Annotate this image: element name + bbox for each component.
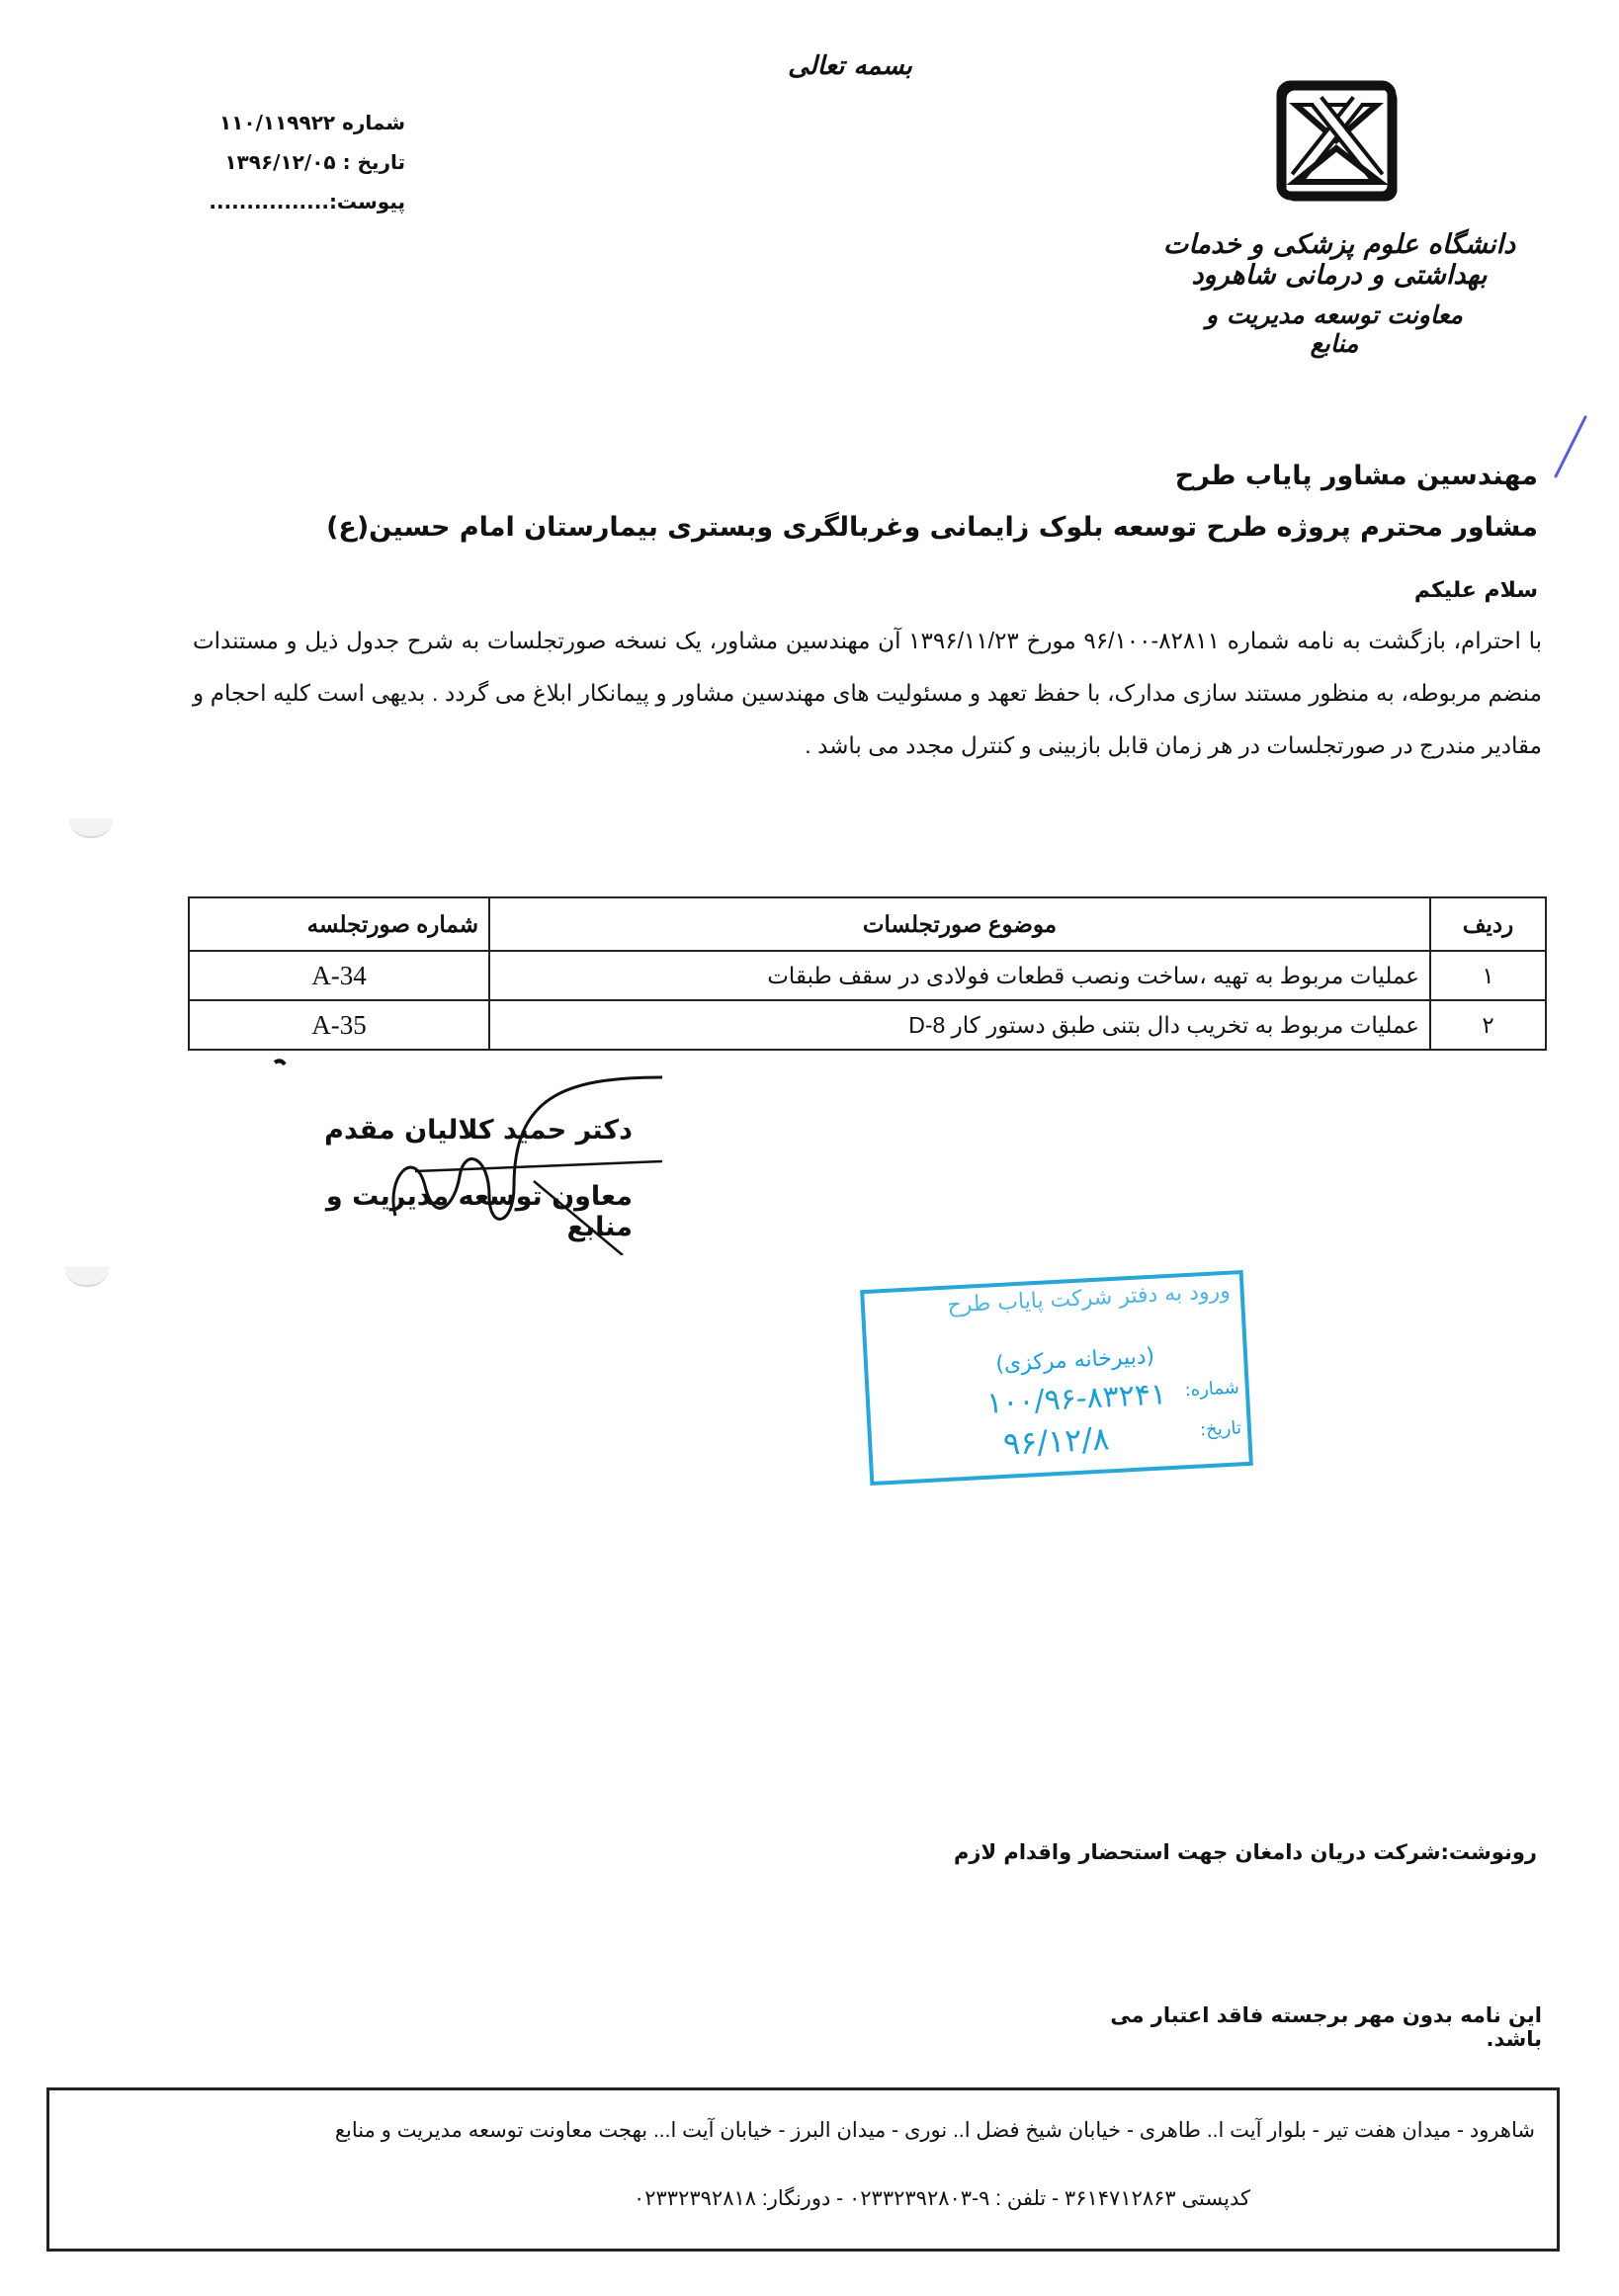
- signatory-name: دکتر حمید کلالیان مقدم: [267, 1115, 633, 1146]
- letter-metadata: شماره ۱۱۰/۱۱۹۹۲۲ تاریخ : ۱۳۹۶/۱۲/۰۵ پیوس…: [188, 103, 405, 221]
- letter-subject: مشاور محترم پروژه طرح توسعه بلوک زایمانی…: [297, 512, 1538, 543]
- attachment-value: ................: [209, 190, 329, 213]
- table-row: ۲ عملیات مربوط به تخریب دال بتنی طبق دست…: [189, 1000, 1546, 1050]
- letter-footer: شاهرود - میدان هفت تیر - بلوار آیت ا.. ط…: [46, 2087, 1560, 2252]
- punch-hole-top: [69, 818, 113, 838]
- header-subject: موضوع صورتجلسات: [489, 897, 1430, 951]
- letter-date-value: ۱۳۹۶/۱۲/۰۵: [224, 150, 335, 174]
- table-row: ۱ عملیات مربوط به تهیه ،ساخت ونصب قطعات …: [189, 951, 1546, 1000]
- letter-body: با احترام، بازگشت به نامه شماره ۸۲۸۱۱-۹۶…: [193, 615, 1542, 772]
- stamp-line-2: (دبیرخانه مرکزی): [995, 1344, 1155, 1377]
- row-subject: عملیات مربوط به تهیه ،ساخت ونصب قطعات فو…: [489, 951, 1430, 1000]
- carbon-copy: رونوشت:شرکت دریان دامغان جهت استحضار واق…: [949, 1840, 1537, 1864]
- university-logo-icon: [1275, 79, 1399, 203]
- received-stamp: ورود به دفتر شرکت پایاب طرح (دبیرخانه مر…: [860, 1270, 1253, 1486]
- row-minutes-number: A-35: [189, 1000, 489, 1050]
- stamp-date-label: تاریخ:: [1200, 1417, 1242, 1440]
- letter-date-label: تاریخ :: [343, 150, 405, 174]
- attachment-label: پیوست:: [329, 190, 405, 213]
- letter-number: شماره ۱۱۰/۱۱۹۹۲۲: [188, 103, 405, 142]
- footer-address: شاهرود - میدان هفت تیر - بلوار آیت ا.. ط…: [72, 2118, 1535, 2143]
- header-row-number: ردیف: [1430, 897, 1546, 951]
- table-header-row: ردیف موضوع صورتجلسات شماره صورتجلسه: [189, 897, 1546, 951]
- signatory-title: معاون توسعه مدیریت و منابع: [267, 1181, 633, 1242]
- basmala: بسمه تعالی: [771, 51, 929, 81]
- minutes-table: ردیف موضوع صورتجلسات شماره صورتجلسه ۱ عم…: [188, 896, 1547, 1051]
- greeting: سلام علیکم: [1186, 578, 1538, 603]
- letter-number-label: شماره: [342, 111, 405, 134]
- check-mark-icon: [1550, 415, 1589, 484]
- stamp-number-value: ۱۰۰/۹۶-۸۳۲۴۱: [985, 1377, 1167, 1420]
- letter-date: تاریخ : ۱۳۹۶/۱۲/۰۵: [188, 142, 405, 182]
- row-number: ۲: [1430, 1000, 1546, 1050]
- letter-attachment: پیوست:................: [188, 182, 405, 221]
- stamp-number-label: شماره:: [1184, 1377, 1239, 1401]
- header-minutes-number: شماره صورتجلسه: [189, 897, 489, 951]
- organization-name: دانشگاه علوم پزشکی و خدمات بهداشتی و درم…: [1127, 229, 1552, 291]
- validity-notice: این نامه بدون مهر برجسته فاقد اعتبار می …: [1058, 2003, 1542, 2051]
- row-number: ۱: [1430, 951, 1546, 1000]
- stamp-date-value: ۹۶/۱۲/۸: [1002, 1419, 1110, 1463]
- letter-number-value: ۱۱۰/۱۱۹۹۲۲: [219, 111, 335, 134]
- recipient: مهندسین مشاور پایاب طرح: [395, 461, 1538, 491]
- stamp-line-1: ورود به دفتر شرکت پایاب طرح: [947, 1279, 1231, 1318]
- row-subject: عملیات مربوط به تخریب دال بتنی طبق دستور…: [489, 1000, 1430, 1050]
- punch-hole-bottom: [65, 1267, 109, 1287]
- row-minutes-number: A-34: [189, 951, 489, 1000]
- department-name: معاونت توسعه مدیریت و منابع: [1186, 300, 1483, 358]
- footer-contact: کدپستی ۳۶۱۴۷۱۲۸۶۳ - تلفن : ۹-۰۲۳۳۲۳۹۲۸۰۳…: [84, 2186, 1250, 2211]
